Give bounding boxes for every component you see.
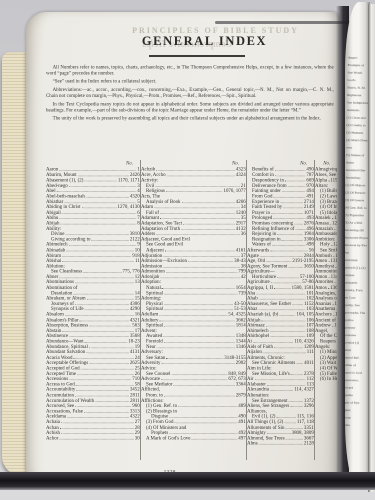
book-bottom-shadow xyxy=(0,472,375,490)
right-page-curl: Anger:Example ofSee WrathGod'sMan's, N. … xyxy=(345,2,370,490)
intro-paragraph: In the Text Cyclopedia many topics do no… xyxy=(46,100,334,112)
index-row: See Mission, Life's2378 xyxy=(247,370,314,375)
title-rule xyxy=(149,55,245,57)
right-page-line: Aquila xyxy=(345,421,369,429)
left-page-edges xyxy=(2,52,29,476)
index-column-2: No. Achzib4323Acre, Accho4324Activity:Ev… xyxy=(141,160,247,460)
index-table: No. Aaron1Abarim, Mount2426Abasement (1)… xyxy=(46,160,337,460)
index-row: Achor30 xyxy=(46,435,140,440)
page-title: GENERAL INDEX xyxy=(78,34,331,49)
index-row: Alms2128 xyxy=(247,440,314,445)
index-column-3: No. Benefits of490Comfort in787Desponden… xyxy=(247,160,315,460)
intro-paragraph: “See” used in the Index refers to a coll… xyxy=(46,78,334,84)
index-column-4: No. Almsgiving2129Aloes, See Trees3668Al… xyxy=(315,160,337,460)
index-column-1: No. Aaron1Abarim, Mount2426Abasement (1)… xyxy=(46,160,141,460)
intro-paragraph: All Numbers refer to names, topics, char… xyxy=(46,64,334,76)
intro-paragraphs: All Numbers refer to names, topics, char… xyxy=(46,64,334,121)
intro-block: All Numbers refer to names, topics, char… xyxy=(46,64,335,168)
index-row: (6) In Heaven149 xyxy=(315,376,337,381)
open-book: PRINCIPLES OF BIBLE STUDY Comprehensive … xyxy=(2,6,375,480)
intro-paragraph: The unity of the work is preserved by as… xyxy=(46,115,334,121)
right-page-edge-sliver xyxy=(368,4,375,492)
right-page-text: Anger:Example ofSee WrathGod'sMan's, N. … xyxy=(345,54,370,430)
index-row: A Mark of God's Love497 xyxy=(141,435,246,440)
top-page-shadow xyxy=(215,21,355,24)
general-index-page: PRINCIPLES OF BIBLE STUDY Comprehensive … xyxy=(26,12,339,480)
intro-paragraph: Abbreviations:—ac., accor., according,—c… xyxy=(46,86,334,98)
